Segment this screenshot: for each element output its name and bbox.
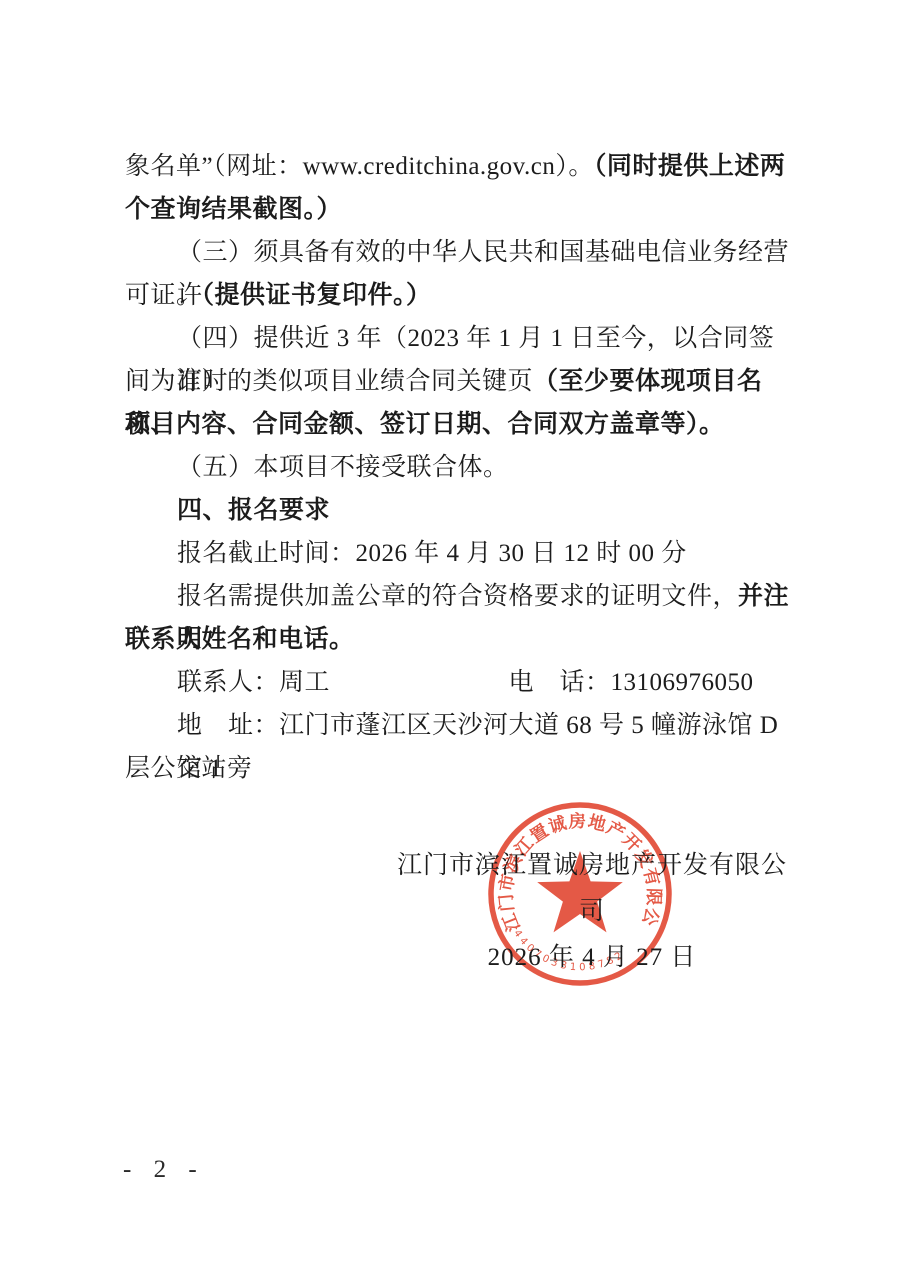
document-line: 报名需提供加盖公章的符合资格要求的证明文件，并注明 bbox=[125, 575, 795, 618]
text-segment: 四、报名要求 bbox=[177, 497, 330, 524]
document-line: 可证。（提供证书复印件。） bbox=[125, 274, 795, 317]
document-line: 层公交站旁 bbox=[125, 747, 795, 790]
document-line: （四）提供近 3 年（2023 年 1 月 1 日至今，以合同签订时 bbox=[125, 317, 795, 360]
document-line: （五）本项目不接受联合体。 bbox=[125, 446, 795, 489]
text-segment: 层公交站旁 bbox=[125, 755, 253, 782]
text-segment: 联系人姓名和电话。 bbox=[125, 626, 355, 653]
text-segment: 个查询结果截图。） bbox=[125, 196, 342, 223]
document-line: 项目内容、合同金额、签订日期、合同双方盖章等）。 bbox=[125, 403, 795, 446]
signature-date: 2026 年 4 月 27 日 bbox=[388, 935, 796, 981]
page-number: - 2 - bbox=[123, 1156, 205, 1184]
text-segment: 报名截止时间：2026 年 4 月 30 日 12 时 00 分 bbox=[177, 540, 687, 567]
text-segment: （提供证书复印件。） bbox=[202, 282, 432, 309]
text-segment: 可证。 bbox=[125, 282, 202, 309]
document-line: 间为准）的类似项目业绩合同关键页（至少要体现项目名称、 bbox=[125, 360, 795, 403]
text-segment: 象名单”（网址：www.creditchina.gov.cn）。 bbox=[125, 153, 594, 180]
document-line: 个查询结果截图。） bbox=[125, 188, 795, 231]
text-segment: （同时提供上述两 bbox=[594, 153, 786, 180]
document-line: 联系人姓名和电话。 bbox=[125, 618, 795, 661]
signature-company-name: 江门市滨江置诚房地产开发有限公司 bbox=[388, 843, 796, 935]
document-line: 地 址：江门市蓬江区天沙河大道 68 号 5 幢游泳馆 D 馆 1 bbox=[125, 704, 795, 747]
text-segment: （五）本项目不接受联合体。 bbox=[177, 454, 509, 481]
document-line: 报名截止时间：2026 年 4 月 30 日 12 时 00 分 bbox=[125, 532, 795, 575]
document-line: 象名单”（网址：www.creditchina.gov.cn）。（同时提供上述两 bbox=[125, 145, 795, 188]
text-segment: 项目内容、合同金额、签订日期、合同双方盖章等）。 bbox=[125, 411, 725, 438]
document-line: 四、报名要求 bbox=[125, 489, 795, 532]
document-line: 联系人：周工 电 话：13106976050 bbox=[125, 661, 795, 704]
text-segment: 间为准）的类似项目业绩合同关键页 bbox=[125, 368, 533, 395]
document-line: （三）须具备有效的中华人民共和国基础电信业务经营许 bbox=[125, 231, 795, 274]
text-segment: 联系人：周工 电 话：13106976050 bbox=[177, 669, 754, 696]
document-body: 象名单”（网址：www.creditchina.gov.cn）。（同时提供上述两… bbox=[125, 145, 795, 790]
document-page: { "colors": { "stamp_red": "#e0402a", "t… bbox=[0, 0, 900, 1272]
signature-block: 江门市滨江置诚房地产开发有限公司 2026 年 4 月 27 日 bbox=[388, 843, 796, 981]
text-segment: 报名需提供加盖公章的符合资格要求的证明文件， bbox=[177, 583, 738, 610]
